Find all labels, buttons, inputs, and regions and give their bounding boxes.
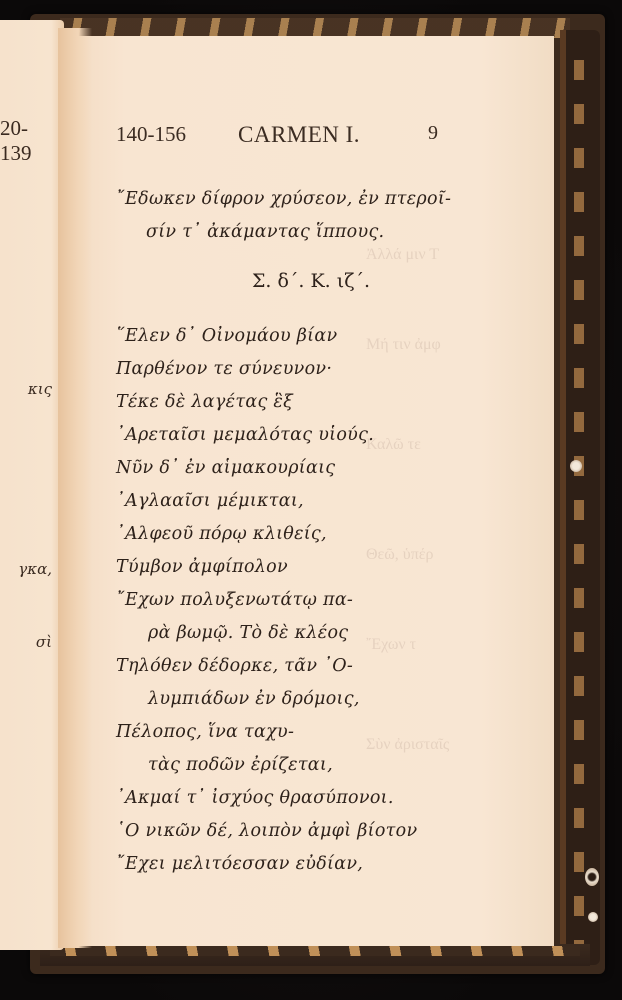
header-title: CARMEN I. <box>238 122 360 148</box>
verse-line: ῎Εχει μελιτόεσσαν εὐδίαν, <box>116 854 363 874</box>
verse-line: Πέλοπος, ἵνα ταχυ- <box>116 722 294 742</box>
gilt-fore-edge <box>560 30 600 965</box>
page-number: 9 <box>428 122 438 145</box>
verse-line: τὰς ποδῶν ἐρίζεται, <box>148 755 333 775</box>
verse-line: λυμπιάδων ἐν δρόμοις, <box>148 689 360 709</box>
verse-line: Τέκε δὲ λαγέτας ἓξ <box>116 392 293 412</box>
verse-line: ῾Ο νικῶν δέ, λοιπὸν ἀμφὶ βίοτον <box>116 821 417 841</box>
verse-line: ᾽Ακμαί τ᾽ ἰσχύος θρασύπονοι. <box>116 788 394 808</box>
verse-line: Παρθένον τε σύνευνον· <box>116 359 332 379</box>
header-line-range: 140-156 <box>116 122 186 147</box>
gilt-bottom-edge <box>40 944 590 966</box>
verse-line: σίν τ᾽ ἀκάμαντας ἵππους. <box>146 222 384 242</box>
verse-line: ᾽Αρεταῖσι μεμαλότας υἱούς. <box>116 425 374 445</box>
left-page: 20-139 κις γκα, σὶ <box>0 20 64 950</box>
verse-line: Τύμβον ἀμφίπολον <box>116 557 288 577</box>
left-page-fragment: κις <box>28 380 52 398</box>
gilt-top-edge <box>60 18 570 38</box>
wear-spot <box>585 868 599 886</box>
verse-line: ῎Εδωκεν δίφρον χρύσεον, ἐν πτεροῖ- <box>116 189 451 209</box>
verse-line: ᾽Αλφεοῦ πόρῳ κλιθείς, <box>116 524 327 544</box>
verse-line: ῎Εχων πολυξενωτάτῳ πα- <box>116 590 353 610</box>
right-page: Ἀλλά μιν Τ Μή τιν ἀμφ Καλῶ τε Θεῶ, ὑπέρ … <box>66 36 554 946</box>
verse-line: Τηλόθεν δέδορκε, τᾶν ᾽Ο- <box>116 656 353 676</box>
left-page-fragment: γκα, <box>18 560 52 578</box>
wear-spot <box>570 460 582 472</box>
verse-line: Νῦν δ᾽ ἐν αἱμακουρίαις <box>116 458 335 478</box>
gutter-shadow <box>58 28 92 948</box>
running-header: 140-156 CARMEN I. 9 <box>116 122 516 148</box>
left-page-line-range: 20-139 <box>0 116 54 166</box>
verse-line: ῞Ελεν δ᾽ Οἰνομάου βίαν <box>116 326 337 346</box>
wear-spot <box>588 912 598 922</box>
verse-line: ρὰ βωμῷ. Τὸ δὲ κλέος <box>148 623 348 643</box>
section-heading: Σ. δ΄. Κ. ιζ΄. <box>116 270 506 292</box>
left-page-fragment: σὶ <box>36 633 52 651</box>
verse-line: ᾽Αγλααῖσι μέμικται, <box>116 491 304 511</box>
